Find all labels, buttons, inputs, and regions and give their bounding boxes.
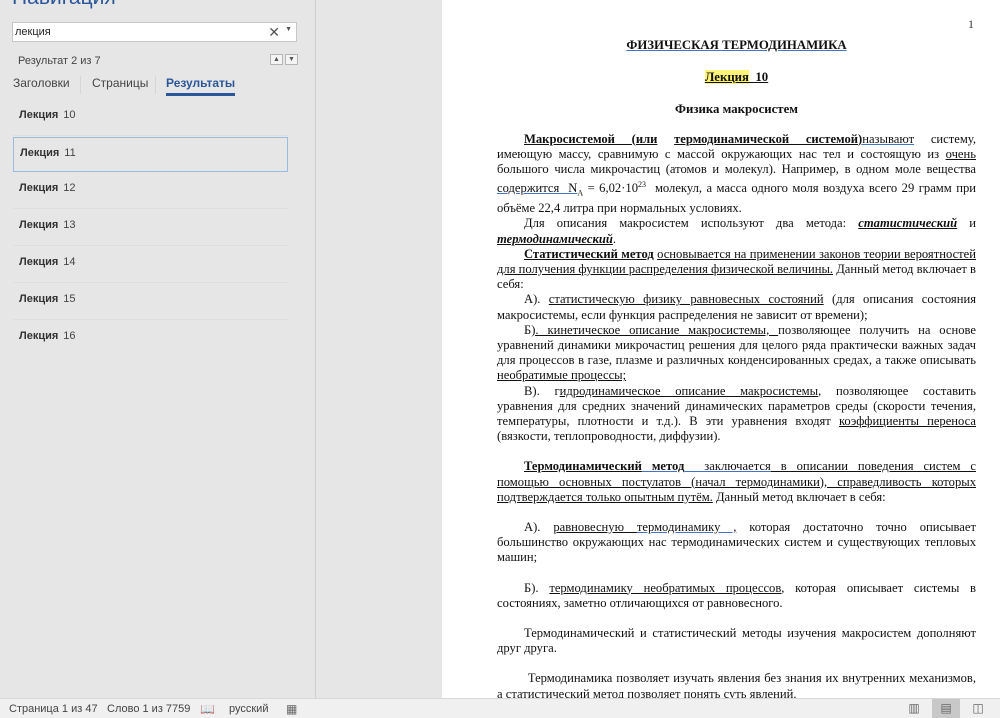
- search-highlight: Лекция: [705, 70, 749, 84]
- document-title: ФИЗИЧЕСКАЯ ТЕРМОДИНАМИКА: [626, 38, 846, 52]
- macro-record-icon[interactable]: ▦: [286, 702, 297, 716]
- read-mode-button[interactable]: ▥: [900, 699, 928, 718]
- result-context: 16: [63, 330, 75, 342]
- paragraph: Термодинамический и статистический метод…: [497, 626, 976, 656]
- page-count-indicator[interactable]: Страница 1 из 47: [9, 703, 98, 715]
- navigation-tabs: Заголовки Страницы Результаты: [0, 76, 300, 96]
- print-layout-icon: ▤: [940, 701, 951, 715]
- navigation-pane: Навигация ✕ ▼ Результат 2 из 7 ▲ ▼ Загол…: [0, 0, 316, 698]
- result-match-term: Лекция: [19, 330, 58, 342]
- page-number: 1: [968, 17, 974, 32]
- document-subtitle: Физика макросистем: [497, 102, 976, 117]
- language-indicator[interactable]: русский: [229, 703, 268, 715]
- tab-results[interactable]: Результаты: [166, 76, 235, 90]
- search-result-count: Результат 2 из 7: [18, 55, 101, 67]
- search-result-item[interactable]: Лекция10: [13, 100, 288, 136]
- result-context: 14: [63, 256, 75, 268]
- document-body[interactable]: ФИЗИЧЕСКАЯ ТЕРМОДИНАМИКА Лекция 10 Физик…: [497, 38, 976, 698]
- tab-divider: [155, 76, 156, 94]
- paragraph: Б). кинетическое описание макросистемы, …: [497, 323, 976, 384]
- document-page[interactable]: 1 ФИЗИЧЕСКАЯ ТЕРМОДИНАМИКА Лекция 10 Физ…: [442, 0, 1000, 698]
- tab-pages[interactable]: Страницы: [92, 76, 148, 90]
- print-layout-button[interactable]: ▤: [932, 699, 960, 718]
- result-match-term: Лекция: [19, 293, 58, 305]
- tab-divider: [80, 76, 81, 94]
- paragraph: Термодинамика позволяет изучать явления …: [497, 671, 976, 698]
- search-result-item[interactable]: Лекция13: [13, 210, 288, 246]
- paragraph: Статистический метод основывается на при…: [497, 247, 976, 293]
- triangle-down-icon: ▼: [288, 56, 295, 63]
- web-layout-icon: ◫: [972, 701, 983, 715]
- paragraph: Термодинамический метод заключается в оп…: [497, 459, 976, 505]
- document-canvas-background: [316, 0, 442, 698]
- clear-search-icon[interactable]: ✕: [268, 24, 280, 40]
- result-match-term: Лекция: [19, 182, 58, 194]
- web-layout-button[interactable]: ◫: [964, 699, 992, 718]
- search-results-list: Лекция10 Лекция11 Лекция12 Лекция13 Лекц…: [13, 100, 288, 358]
- paragraph: В). гидродинамическое описание макросист…: [497, 384, 976, 445]
- triangle-up-icon: ▲: [273, 56, 280, 63]
- lecture-number: 10: [749, 70, 768, 84]
- search-input[interactable]: [15, 25, 265, 39]
- search-box[interactable]: ✕ ▼: [12, 22, 297, 42]
- result-context: 10: [63, 109, 75, 121]
- result-match-term: Лекция: [19, 219, 58, 231]
- status-bar: Страница 1 из 47 Слово 1 из 7759 📖 русск…: [0, 698, 1000, 718]
- result-match-term: Лекция: [19, 256, 58, 268]
- result-match-term: Лекция: [19, 109, 58, 121]
- previous-result-button[interactable]: ▲: [270, 54, 283, 65]
- result-context: 12: [63, 182, 75, 194]
- result-match-term: Лекция: [20, 147, 59, 159]
- paragraph: Для описания макросистем используют два …: [497, 216, 976, 246]
- word-count-indicator[interactable]: Слово 1 из 7759: [107, 703, 190, 715]
- paragraph: Макросистемой (или термодинамической сис…: [497, 132, 976, 217]
- search-result-item[interactable]: Лекция14: [13, 247, 288, 283]
- paragraph: А). статистическую физику равновесных со…: [497, 292, 976, 322]
- search-result-item[interactable]: Лекция15: [13, 284, 288, 320]
- result-context: 13: [63, 219, 75, 231]
- search-result-item-selected[interactable]: Лекция11: [13, 137, 288, 172]
- search-result-item[interactable]: Лекция12: [13, 173, 288, 209]
- navigation-pane-title: Навигация: [12, 0, 116, 10]
- result-context: 11: [64, 147, 75, 159]
- book-check-icon[interactable]: 📖: [200, 702, 215, 716]
- result-context: 15: [63, 293, 75, 305]
- paragraph: Б). термодинамику необратимых процессов,…: [497, 581, 976, 611]
- paragraph: А). равновесную термодинамику , которая …: [497, 520, 976, 566]
- tab-headings[interactable]: Заголовки: [13, 76, 70, 90]
- search-result-item[interactable]: Лекция16: [13, 321, 288, 357]
- read-mode-icon: ▥: [908, 701, 919, 715]
- next-result-button[interactable]: ▼: [285, 54, 298, 65]
- search-options-chevron-icon[interactable]: ▼: [285, 26, 292, 33]
